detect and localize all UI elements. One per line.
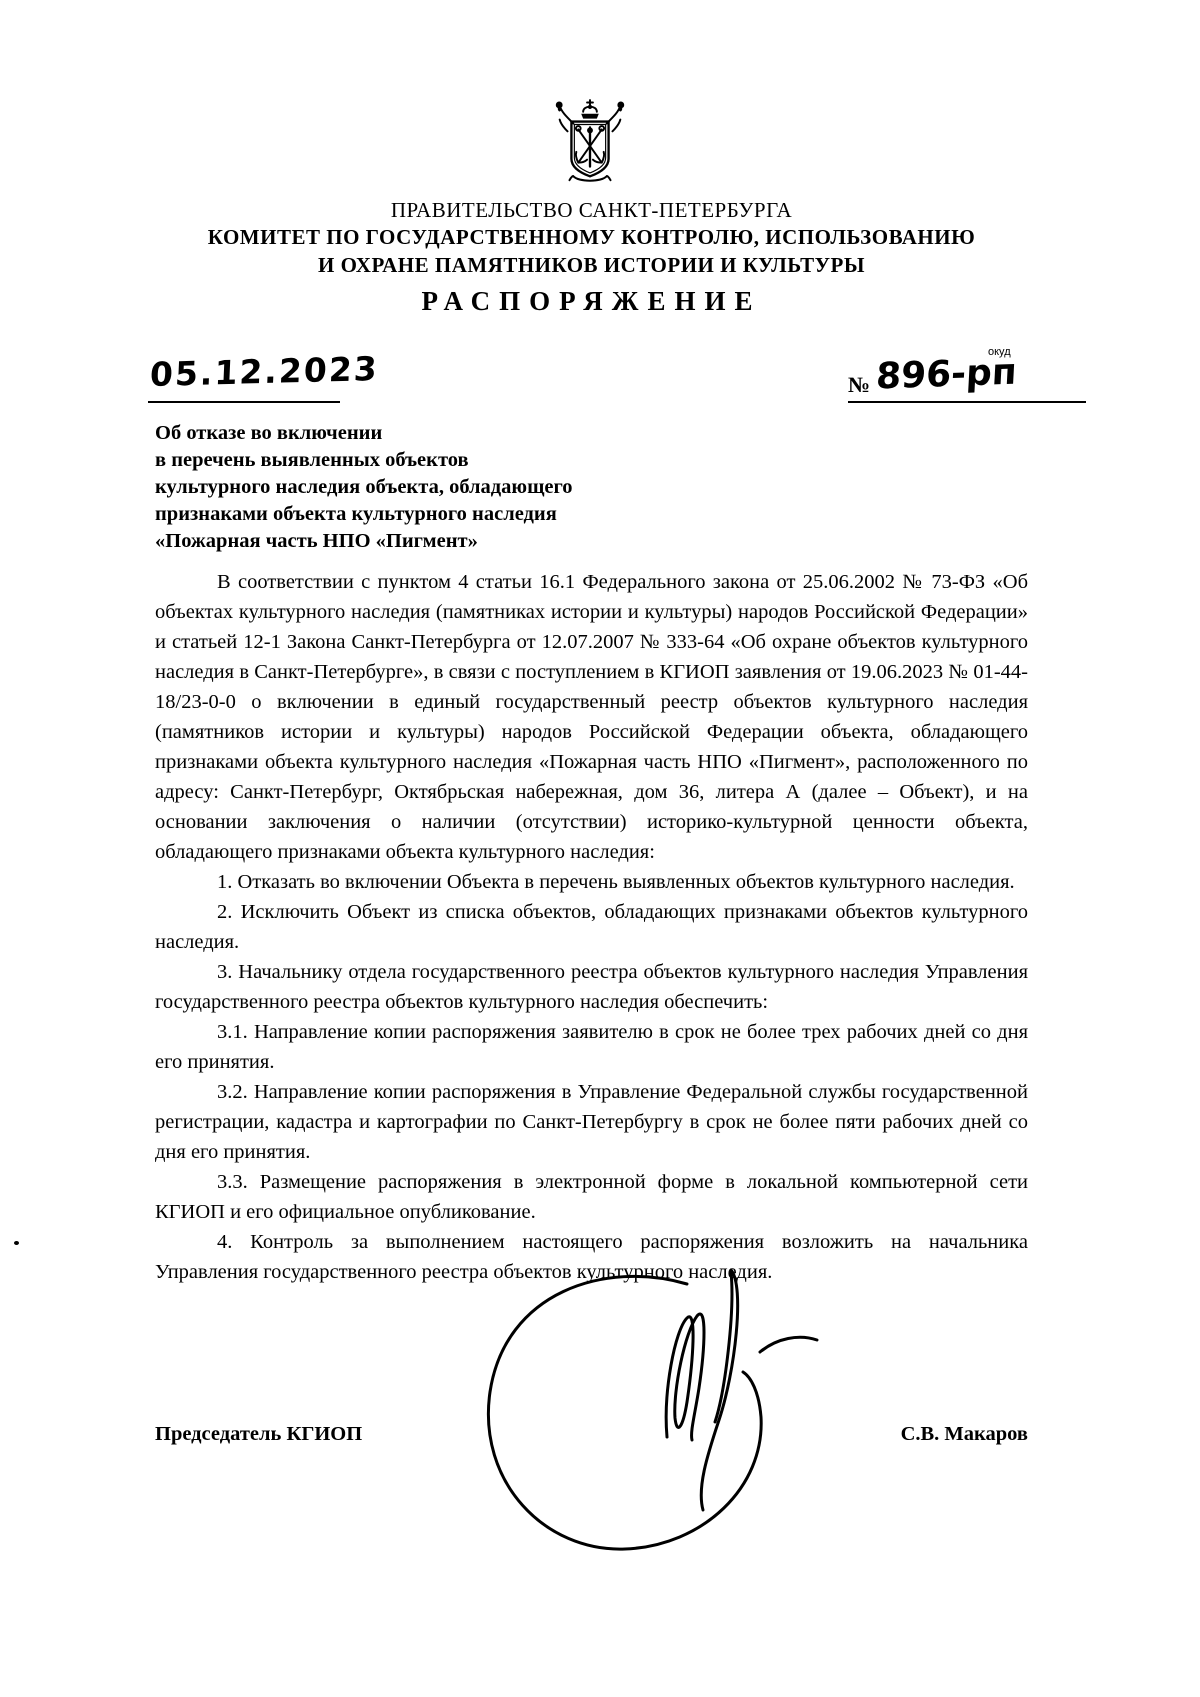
document-title: Об отказе во включении в перечень выявле… [155, 420, 775, 555]
letterhead: ПРАВИТЕЛЬСТВО САНКТ-ПЕТЕРБУРГА КОМИТЕТ П… [155, 198, 1028, 317]
date-underline [148, 401, 340, 403]
item-3-2: 3.2. Направление копии распоряжения в Уп… [155, 1077, 1028, 1167]
item-1: 1. Отказать во включении Объекта в переч… [155, 867, 1028, 897]
item-2: 2. Исключить Объект из списка объектов, … [155, 897, 1028, 957]
scan-speck [14, 1241, 19, 1245]
spb-coat-of-arms-icon [546, 98, 634, 196]
preamble-paragraph: В соответствии с пунктом 4 статьи 16.1 Ф… [155, 567, 1028, 867]
committee-name-line2: И ОХРАНЕ ПАМЯТНИКОВ ИСТОРИИ И КУЛЬТУРЫ [155, 251, 1028, 279]
handwritten-date: 05.12.2023 [149, 349, 379, 394]
document-page: ПРАВИТЕЛЬСТВО САНКТ-ПЕТЕРБУРГА КОМИТЕТ П… [0, 0, 1200, 1697]
document-type-heading: РАСПОРЯЖЕНИЕ [155, 286, 1028, 317]
government-name: ПРАВИТЕЛЬСТВО САНКТ-ПЕТЕРБУРГА [155, 198, 1028, 223]
document-body: В соответствии с пунктом 4 статьи 16.1 Ф… [155, 567, 1028, 1287]
number-field: №896-рп [848, 360, 1098, 401]
title-line: «Пожарная часть НПО «Пигмент» [155, 528, 775, 555]
committee-name-line1: КОМИТЕТ ПО ГОСУДАРСТВЕННОМУ КОНТРОЛЮ, ИС… [155, 223, 1028, 251]
title-line: Об отказе во включении [155, 420, 775, 447]
title-line: культурного наследия объекта, обладающег… [155, 474, 775, 501]
signature-row: Председатель КГИОП С.В. Макаров [155, 1423, 1028, 1446]
number-underline [848, 401, 1086, 403]
item-3-3: 3.3. Размещение распоряжения в электронн… [155, 1167, 1028, 1227]
date-field: 05.12.2023 [150, 352, 350, 391]
item-3: 3. Начальнику отдела государственного ре… [155, 957, 1028, 1017]
signature-icon [435, 1252, 835, 1572]
signer-name: С.В. Макаров [901, 1423, 1028, 1446]
handwritten-number: 896-рп [875, 351, 1018, 397]
signer-position: Председатель КГИОП [155, 1423, 362, 1446]
number-sign: № [848, 372, 870, 397]
item-3-1: 3.1. Направление копии распоряжения заяв… [155, 1017, 1028, 1077]
title-line: в перечень выявленных объектов [155, 447, 775, 474]
title-line: признаками объекта культурного наследия [155, 501, 775, 528]
